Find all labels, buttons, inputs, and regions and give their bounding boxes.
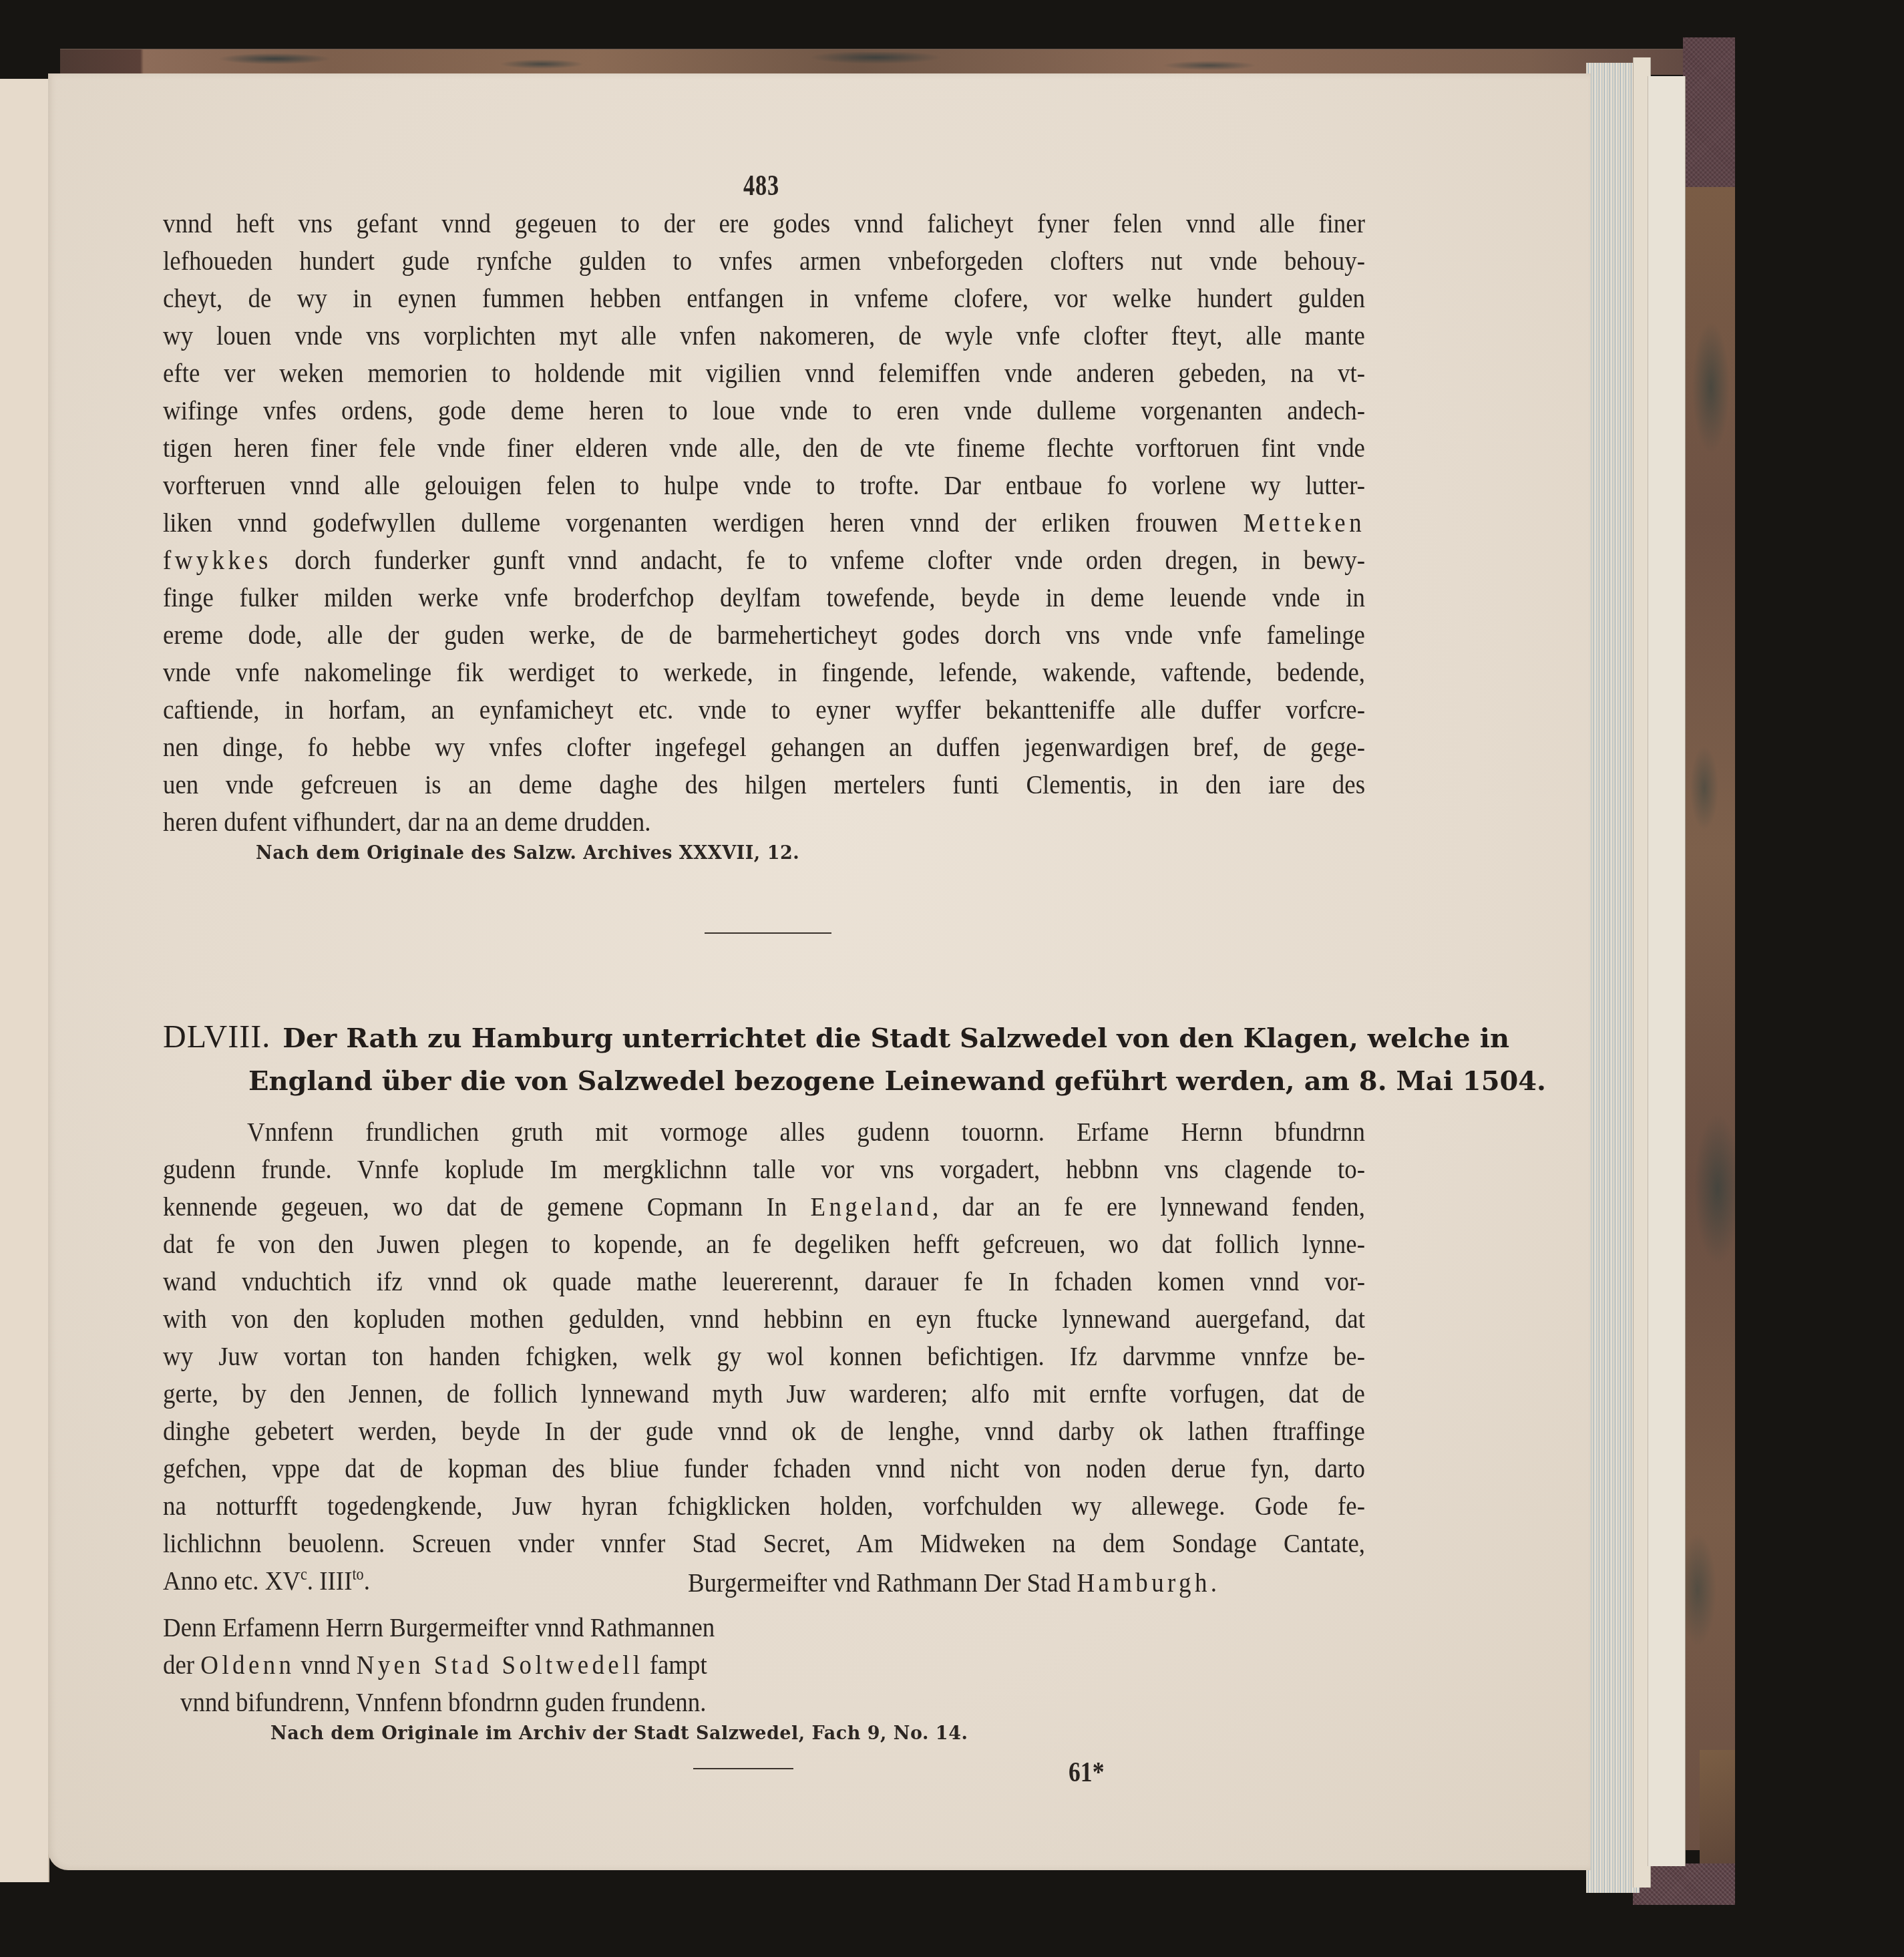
- signature-text: Burgermeifter vnd Rathmann Der Stad: [688, 1567, 1071, 1598]
- dating-superscript: to: [352, 1566, 363, 1584]
- address-text: fampt: [650, 1649, 707, 1680]
- text-line: cheyt, de wy in eynen fummen hebben entf…: [163, 279, 1365, 317]
- text-line: lichlichnn beuolenn. Screuen vnder vnnfe…: [163, 1524, 1365, 1562]
- text-line: kennende gegeuen, wo dat de gemene Copma…: [163, 1188, 1365, 1225]
- facing-page-edge: [0, 79, 49, 1882]
- text-line: vnnd heft vns gefant vnnd gegeuen to der…: [163, 204, 1365, 242]
- address-line-1: Denn Erfamenn Herrn Burgermeifter vnnd R…: [163, 1611, 715, 1643]
- document-1-text: vnnd heft vns gefant vnnd gegeuen to der…: [163, 204, 1365, 840]
- marbled-board-bottom: [1700, 1750, 1735, 1870]
- text-line: liken vnnd godefwyllen dulleme vorgenant…: [163, 504, 1365, 541]
- dating-text: . IIII: [307, 1565, 353, 1596]
- address-spaced: Oldenn: [200, 1649, 295, 1680]
- text-line: finge fulker milden werke vnfe broderfch…: [163, 578, 1365, 616]
- text-line: vorfteruen vnnd alle gelouigen felen to …: [163, 466, 1365, 504]
- cloth-corner-top: [1683, 37, 1735, 191]
- text-line: gefchen, vppe dat de kopman des bliue fu…: [163, 1449, 1365, 1487]
- address-line-2: der Oldenn vnnd Nyen Stad Soltwedell fam…: [163, 1648, 707, 1680]
- source-note-2: Nach dem Originale im Archiv der Stadt S…: [270, 1723, 968, 1744]
- dating-text: Anno etc. XV: [163, 1565, 301, 1596]
- text-line: gerte, by den Jennen, de follich lynnewa…: [163, 1375, 1365, 1412]
- text-line: with von den kopluden mothen gedulden, v…: [163, 1300, 1365, 1337]
- spaced-name: fwykkes: [163, 544, 272, 575]
- spaced-name: Metteken: [1243, 507, 1365, 538]
- text-line: nen dinge, fo hebbe wy vnfes clofter ing…: [163, 728, 1365, 765]
- endpaper-leaf: [1648, 76, 1686, 1866]
- address-text: vnnd: [301, 1649, 351, 1680]
- text-line: ereme dode, alle der guden werke, de de …: [163, 616, 1365, 653]
- sheet-signature: 61*: [1069, 1757, 1105, 1789]
- signature-line: Burgermeifter vnd Rathmann Der Stad Hamb…: [688, 1566, 1220, 1598]
- text-line: gudenn frunde. Vnnfe koplude Im mergklic…: [163, 1150, 1365, 1188]
- heading-line-2: England über die von Salzwedel bezogene …: [163, 1059, 1378, 1103]
- section-divider: [705, 932, 831, 934]
- text-line: Vnnfenn frundlichen gruth mit vormoge al…: [163, 1113, 1365, 1150]
- text-line: dat fe von den Juwen plegen to kopende, …: [163, 1225, 1365, 1262]
- document-2-heading: DLVIII.Der Rath zu Hamburg unterrichtet …: [163, 1015, 1378, 1103]
- text-line: wifinge vnfes ordens, gode deme heren to…: [163, 391, 1365, 429]
- marbled-paper-top: [141, 52, 1510, 72]
- text-line: wand vnduchtich ifz vnnd ok quade mathe …: [163, 1262, 1365, 1300]
- text-line: tigen heren finer fele vnde finer eldere…: [163, 429, 1365, 466]
- heading-line-1: DLVIII.Der Rath zu Hamburg unterrichtet …: [163, 1015, 1378, 1059]
- dating-superscript: c: [301, 1566, 307, 1584]
- page-number: 483: [743, 168, 779, 202]
- text-line: wy Juw vortan ton handen fchigken, welk …: [163, 1337, 1365, 1375]
- heading-text: Der Rath zu Hamburg unterrichtet die Sta…: [282, 1023, 1509, 1054]
- text-fragment: kennende gegeuen, wo dat de gemene Copma…: [163, 1191, 787, 1222]
- document-number: DLVIII.: [163, 1019, 270, 1055]
- footer-rule: [693, 1768, 793, 1769]
- text-line: wy louen vnde vns vorplichten myt alle v…: [163, 317, 1365, 354]
- text-line: heren dufent vifhundert, dar na an deme …: [163, 803, 1365, 840]
- text-line: uen vnde gefcreuen is an deme daghe des …: [163, 765, 1365, 803]
- document-2-text: Vnnfenn frundlichen gruth mit vormoge al…: [163, 1113, 1365, 1599]
- dating-text: .: [364, 1565, 370, 1596]
- text-line: caftiende, in horfam, an eynfamicheyt et…: [163, 691, 1365, 728]
- text-line: dinghe gebetert werden, beyde In der gud…: [163, 1412, 1365, 1449]
- address-text: der: [163, 1649, 194, 1680]
- marbled-board-right: [1684, 187, 1735, 1850]
- address-line-3: vnnd bifundrenn, Vnnfenn bfondrnn guden …: [180, 1686, 706, 1718]
- text-fragment: dorch funderker gunft vnnd andacht, fe t…: [295, 544, 1365, 575]
- spaced-name: Engeland: [811, 1191, 933, 1222]
- text-line: lefhoueden hundert gude rynfche gulden t…: [163, 242, 1365, 279]
- text-line: fwykkes dorch funderker gunft vnnd andac…: [163, 541, 1365, 578]
- source-note-1: Nach dem Originale des Salzw. Archives X…: [256, 843, 799, 864]
- address-spaced: Nyen Stad Soltwedell: [357, 1649, 644, 1680]
- signature-city: Hamburgh.: [1077, 1567, 1220, 1598]
- text-fragment: liken vnnd godefwyllen dulleme vorgenant…: [163, 507, 1217, 538]
- text-line: efte ver weken memorien to holdende mit …: [163, 354, 1365, 391]
- text-line: na notturfft togedengkende, Juw hyran fc…: [163, 1487, 1365, 1524]
- text-line: vnde vnfe nakomelinge fik werdiget to we…: [163, 653, 1365, 691]
- text-fragment: , dar an fe ere lynnewand fenden,: [932, 1191, 1365, 1222]
- page-fore-edge-stack: [1586, 63, 1640, 1893]
